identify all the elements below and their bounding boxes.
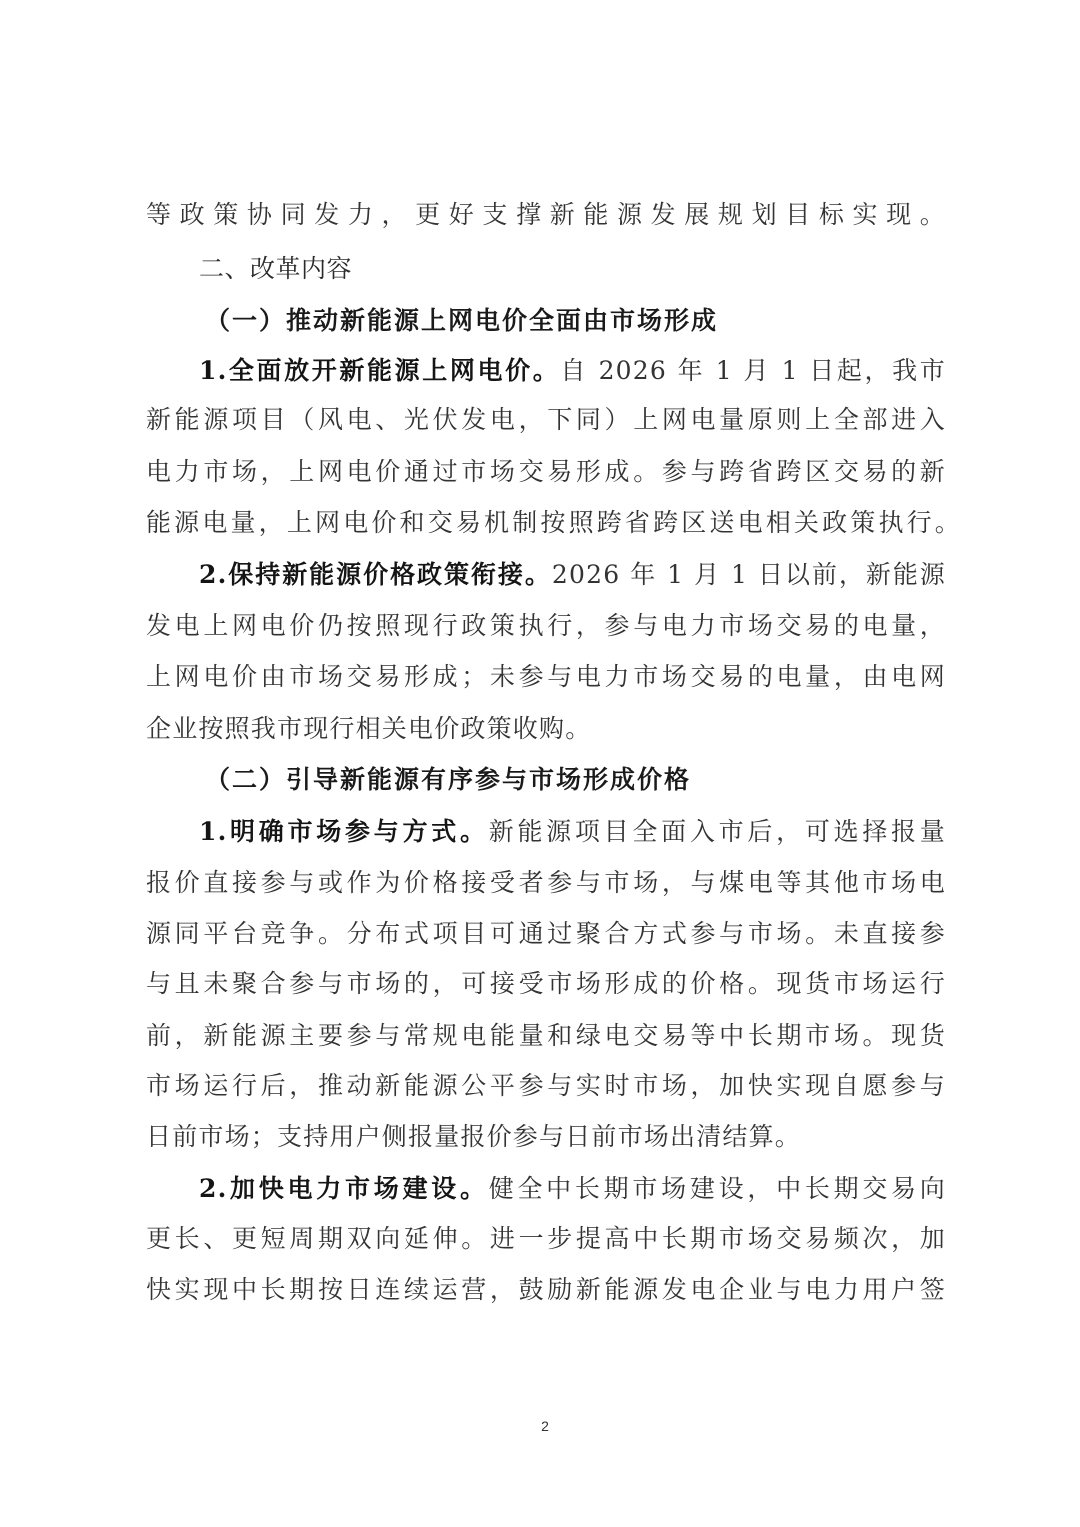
paragraph-line: 源同平台竞争。分布式项目可通过聚合方式参与市场。未直接参 <box>146 914 946 954</box>
paragraph-line: 日前市场；支持用户侧报量报价参与日前市场出清结算。 <box>146 1117 946 1157</box>
item-lead: 1.明确市场参与方式。 <box>199 817 489 846</box>
paragraph-line: 电力市场，上网电价通过市场交易形成。参与跨省跨区交易的新 <box>146 452 946 492</box>
paragraph-line: 等政策协同发力，更好支撑新能源发展规划目标实现。 <box>146 195 946 235</box>
item-text: 2026 年 1 月 1 日以前，新能源 <box>552 560 946 589</box>
paragraph-first-line: 1.明确市场参与方式。新能源项目全面入市后，可选择报量 <box>199 812 946 852</box>
subsection-heading: （二）引导新能源有序参与市场形成价格 <box>205 760 952 800</box>
paragraph-first-line: 1.全面放开新能源上网电价。自 2026 年 1 月 1 日起，我市 <box>199 351 946 391</box>
paragraph-line: 能源电量，上网电价和交易机制按照跨省跨区送电相关政策执行。 <box>146 503 961 543</box>
paragraph-line: 企业按照我市现行相关电价政策收购。 <box>146 709 946 749</box>
section-heading: 二、改革内容 <box>199 249 946 289</box>
paragraph-line: 上网电价由市场交易形成；未参与电力市场交易的电量，由电网 <box>146 657 946 697</box>
document-page: 等政策协同发力，更好支撑新能源发展规划目标实现。 二、改革内容 （一）推动新能源… <box>0 0 1080 1527</box>
item-text: 新能源项目全面入市后，可选择报量 <box>489 817 946 846</box>
subsection-heading: （一）推动新能源上网电价全面由市场形成 <box>205 301 952 341</box>
paragraph-line: 更长、更短周期双向延伸。进一步提高中长期市场交易频次，加 <box>146 1219 946 1259</box>
item-lead: 2.保持新能源价格政策衔接。 <box>199 560 552 589</box>
paragraph-line: 与且未聚合参与市场的，可接受市场形成的价格。现货市场运行 <box>146 964 946 1004</box>
page-number: 2 <box>530 1418 560 1434</box>
paragraph-first-line: 2.加快电力市场建设。健全中长期市场建设，中长期交易向 <box>199 1169 946 1209</box>
item-text: 自 2026 年 1 月 1 日起，我市 <box>560 356 946 385</box>
item-text: 健全中长期市场建设，中长期交易向 <box>489 1174 946 1203</box>
paragraph-line: 市场运行后，推动新能源公平参与实时市场，加快实现自愿参与 <box>146 1066 946 1106</box>
paragraph-line: 快实现中长期按日连续运营，鼓励新能源发电企业与电力用户签 <box>146 1270 946 1310</box>
paragraph-line: 发电上网电价仍按照现行政策执行，参与电力市场交易的电量， <box>146 606 946 646</box>
paragraph-line: 新能源项目（风电、光伏发电，下同）上网电量原则上全部进入 <box>146 400 946 440</box>
item-lead: 2.加快电力市场建设。 <box>199 1174 489 1203</box>
paragraph-line: 前，新能源主要参与常规电能量和绿电交易等中长期市场。现货 <box>146 1016 946 1056</box>
paragraph-line: 报价直接参与或作为价格接受者参与市场，与煤电等其他市场电 <box>146 863 946 903</box>
paragraph-first-line: 2.保持新能源价格政策衔接。2026 年 1 月 1 日以前，新能源 <box>199 555 946 595</box>
item-lead: 1.全面放开新能源上网电价。 <box>199 356 560 385</box>
